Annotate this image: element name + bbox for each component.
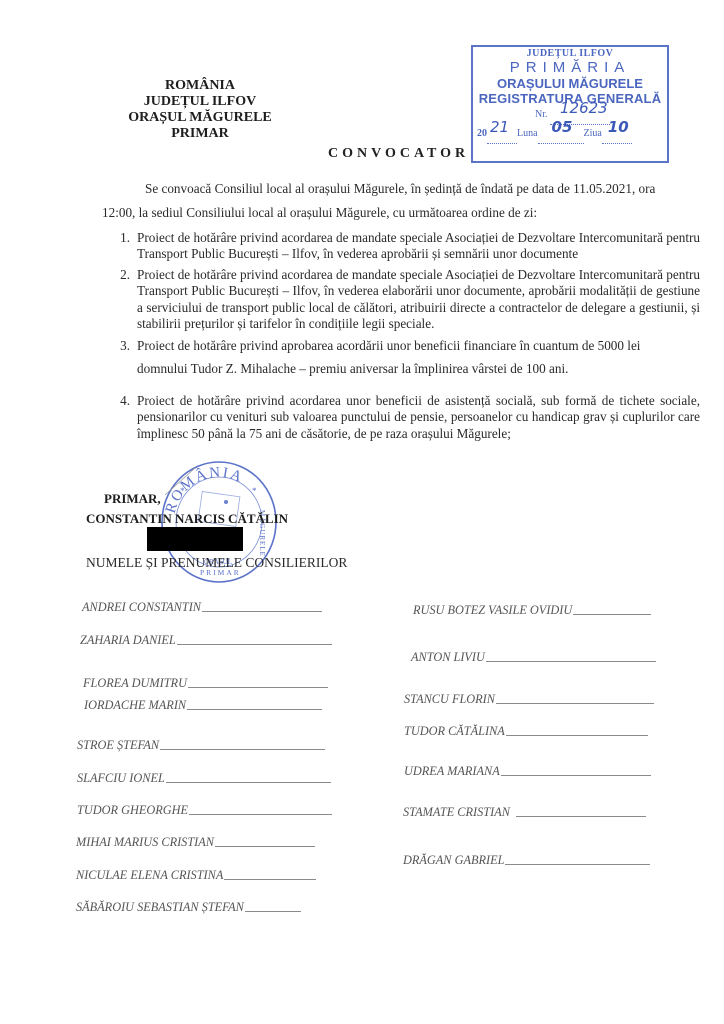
stamp-nr-value: 12623 — [560, 99, 608, 117]
signature-line — [188, 686, 328, 688]
signatory-role: PRIMAR, — [104, 491, 161, 507]
councillor-entry: TUDOR CĂTĂLINA — [404, 724, 648, 739]
agenda-text: Proiect de hotărâre privind acordarea de… — [137, 267, 700, 332]
councillor-entry: STAMATE CRISTIAN — [403, 805, 646, 820]
signature-line — [501, 774, 651, 776]
stamp-nr-label: Nr. — [535, 109, 548, 120]
councillor-entry: FLOREA DUMITRU — [83, 676, 328, 691]
agenda-item-4: 4. Proiect de hotărâre privind acordarea… — [110, 393, 700, 442]
seal-top-text: ROMÂNIA — [163, 465, 246, 515]
header-country: ROMÂNIA — [80, 78, 320, 94]
signature-line — [215, 845, 315, 847]
header-city: ORAȘUL MĂGURELE — [80, 110, 320, 126]
agenda-text: Proiect de hotărâre privind acordarea de… — [137, 230, 700, 263]
header-county: JUDEȚUL ILFOV — [80, 94, 320, 110]
councillor-entry: DRĂGAN GABRIEL — [403, 853, 650, 868]
stamp-year-value: 21 — [490, 118, 509, 136]
signature-line — [573, 613, 651, 615]
signature-line — [486, 660, 656, 662]
header-office: PRIMAR — [80, 126, 320, 142]
agenda-text-line-1: Proiect de hotărâre privind aprobarea ac… — [137, 338, 700, 354]
signature-line — [505, 863, 650, 865]
signature-line — [166, 781, 331, 783]
svg-text:*: * — [252, 486, 257, 496]
svg-text:*: * — [180, 486, 185, 496]
signature-line — [202, 610, 322, 612]
signature-line — [506, 734, 648, 736]
agenda-number: 1. — [110, 230, 130, 246]
councillor-entry: ANDREI CONSTANTIN — [82, 600, 322, 615]
agenda-number: 4. — [110, 393, 130, 409]
stamp-month-value: 05 — [552, 118, 573, 136]
councillor-entry: ANTON LIVIU — [411, 650, 656, 665]
signature-line — [516, 815, 646, 817]
signature-line — [177, 643, 332, 645]
signatory-name: CONSTANTIN NARCIS CĂTĂLIN — [86, 511, 288, 527]
signature-line — [496, 702, 654, 704]
agenda-number: 3. — [110, 338, 130, 354]
agenda-text: Proiect de hotărâre privind acordarea un… — [137, 393, 700, 442]
agenda-item-2: 2. Proiect de hotărâre privind acordarea… — [110, 267, 700, 332]
councillor-entry: NICULAE ELENA CRISTINA — [76, 868, 316, 883]
stamp-townhall: PRIMĂRIA — [473, 60, 667, 76]
agenda-text-line-2: domnului Tudor Z. Mihalache – premiu ani… — [137, 361, 700, 377]
stamp-city: ORAȘULUI MĂGURELE — [473, 76, 667, 91]
councillor-entry: RUSU BOTEZ VASILE OVIDIU — [413, 603, 651, 618]
councillor-entry: IORDACHE MARIN — [84, 698, 322, 713]
stamp-date-row: 2021 Luna05 Ziua10 — [473, 125, 667, 144]
svg-text:ROMÂNIA: ROMÂNIA — [163, 465, 246, 515]
stamp-year-prefix: 20 — [477, 128, 487, 139]
redacted-signature — [147, 527, 243, 551]
councillor-entry: STANCU FLORIN — [404, 692, 654, 707]
signature-line — [189, 813, 332, 815]
intro-line-1: Se convoacă Consiliul local al orașului … — [145, 181, 710, 197]
issuer-header: ROMÂNIA JUDEȚUL ILFOV ORAȘUL MĂGURELE PR… — [80, 78, 320, 142]
councillor-entry: ZAHARIA DANIEL — [80, 633, 332, 648]
councillor-entry: MIHAI MARIUS CRISTIAN — [76, 835, 315, 850]
signature-line — [224, 878, 316, 880]
signature-line — [245, 910, 301, 912]
councillor-entry: SLAFCIU IONEL — [77, 771, 331, 786]
agenda-item-1: 1. Proiect de hotărâre privind acordarea… — [110, 230, 700, 263]
document-title: CONVOCATOR — [328, 146, 469, 162]
intro-line-2: 12:00, la sediul Consiliului local al or… — [102, 205, 702, 221]
stamp-day-value: 10 — [608, 118, 629, 136]
stamp-day-label: Ziua — [584, 128, 602, 139]
stamp-county: JUDEȚUL ILFOV — [473, 48, 667, 59]
councillor-entry: SĂBĂROIU SEBASTIAN ȘTEFAN — [76, 900, 301, 915]
councillors-header: NUMELE ȘI PRENUMELE CONSILIERILOR — [86, 555, 347, 571]
councillor-entry: TUDOR GHEORGHE — [77, 803, 332, 818]
councillor-entry: STROE ȘTEFAN — [77, 738, 325, 753]
signature-line — [160, 748, 325, 750]
signature-line — [187, 708, 322, 710]
councillor-entry: UDREA MARIANA — [404, 764, 651, 779]
stamp-month-label: Luna — [517, 128, 538, 139]
registry-stamp: JUDEȚUL ILFOV PRIMĂRIA ORAȘULUI MĂGURELE… — [471, 45, 669, 163]
agenda-item-3: 3. Proiect de hotărâre privind aprobarea… — [110, 338, 700, 378]
agenda-number: 2. — [110, 267, 130, 283]
